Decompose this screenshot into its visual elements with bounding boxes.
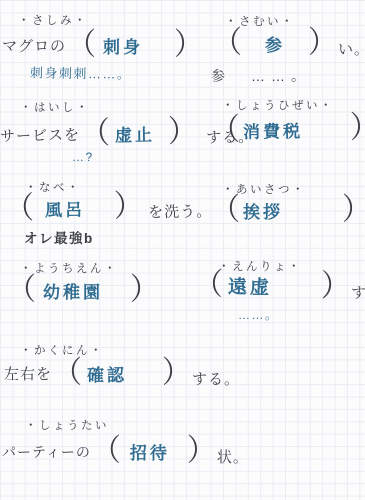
entry-shoutai-line: パーティーの （ 招待 ） 状。 [2, 437, 249, 466]
entry-samui-line: （ 参 ） い。 [212, 29, 365, 58]
paren-close: ） [161, 358, 192, 388]
paren-open: （ [52, 358, 83, 388]
entry-samui-post: い。 [338, 38, 365, 59]
entry-haishi-heading: ・はいし・ [20, 99, 90, 115]
paren-open: （ [210, 115, 242, 146]
paren-open: （ [80, 119, 112, 150]
paren-close: ） [307, 28, 338, 58]
entry-sashimi-pre: マグロの [2, 35, 66, 56]
paren-close: ） [129, 275, 160, 305]
entry-sashimi-line: マグロの （ 刺身 ） [2, 31, 204, 60]
entry-nabe-line: （ 風呂 ） を洗う。 [4, 191, 213, 224]
entry-enryo-line: （ 遠虚 ） する。 [193, 271, 365, 303]
paren-open: （ [66, 30, 97, 60]
entry-nabe-post: を洗う。 [148, 200, 212, 222]
notebook-page: ・さしみ・ マグロの （ 刺身 ） 刺身刺刺……。 ・さむい・ （ 参 ） い。… [0, 0, 365, 500]
entry-haishi-pre: サービスを [0, 124, 80, 146]
paren-open: （ [210, 195, 241, 225]
entry-haishi-answer: 虚止 [111, 120, 167, 146]
paren-open: （ [6, 275, 37, 305]
entry-shoutai-pre: パーティーの [2, 442, 91, 462]
paren-close: ） [113, 192, 145, 223]
entry-shouhizei-line: （ 消費税 ） [210, 114, 365, 146]
entry-sashimi-answer: 刺身 [97, 33, 173, 58]
paren-open: （ [212, 28, 243, 58]
paren-close: ） [320, 272, 351, 303]
entry-enryo-answer: 遠虚 [224, 272, 320, 300]
entry-enryo-note: ……。 [238, 306, 279, 323]
entry-kakunin-answer: 確認 [83, 361, 161, 386]
entry-kakunin-line: 左右を （ 確認 ） する。 [4, 359, 240, 388]
entry-samui-note: 参 ……。 [211, 66, 311, 86]
entry-shoutai-heading: ・しょうたい [25, 417, 109, 433]
paren-close: ） [167, 117, 199, 148]
entry-kakunin-pre: 左右を [4, 363, 52, 384]
entry-nabe-answer: 風呂 [35, 195, 113, 221]
entry-haishi-note: …? [72, 150, 94, 164]
paren-open: （ [91, 436, 122, 466]
paren-close: ） [349, 113, 365, 144]
entry-aisatsu-line: （ 挨拶 ） [210, 196, 365, 225]
entry-aisatsu-answer: 挨拶 [241, 198, 341, 223]
entry-shouhizei-answer: 消費税 [241, 116, 349, 143]
entry-sashimi-heading: ・さしみ・ [18, 12, 88, 28]
entry-nabe-note: オレ最強b [24, 227, 94, 247]
paren-close: ） [341, 195, 365, 225]
paren-close: ） [173, 30, 204, 60]
entry-kakunin-post: する。 [192, 368, 240, 389]
entry-shouhizei-heading: ・しょうひぜい・ [222, 97, 334, 113]
paren-open: （ [4, 194, 36, 225]
entry-samui-answer: 参 [243, 31, 307, 56]
entry-youchien-answer: 幼稚園 [37, 278, 129, 303]
entry-enryo-post: する。 [351, 282, 365, 304]
paren-open: （ [193, 270, 224, 301]
entry-shoutai-post: 状。 [217, 446, 249, 467]
entry-sashimi-practice: 刺身刺刺……。 [30, 62, 132, 82]
entry-shoutai-answer: 招待 [122, 439, 186, 464]
entry-youchien-line: （ 幼稚園 ） [6, 276, 160, 305]
paren-close: ） [186, 436, 217, 466]
